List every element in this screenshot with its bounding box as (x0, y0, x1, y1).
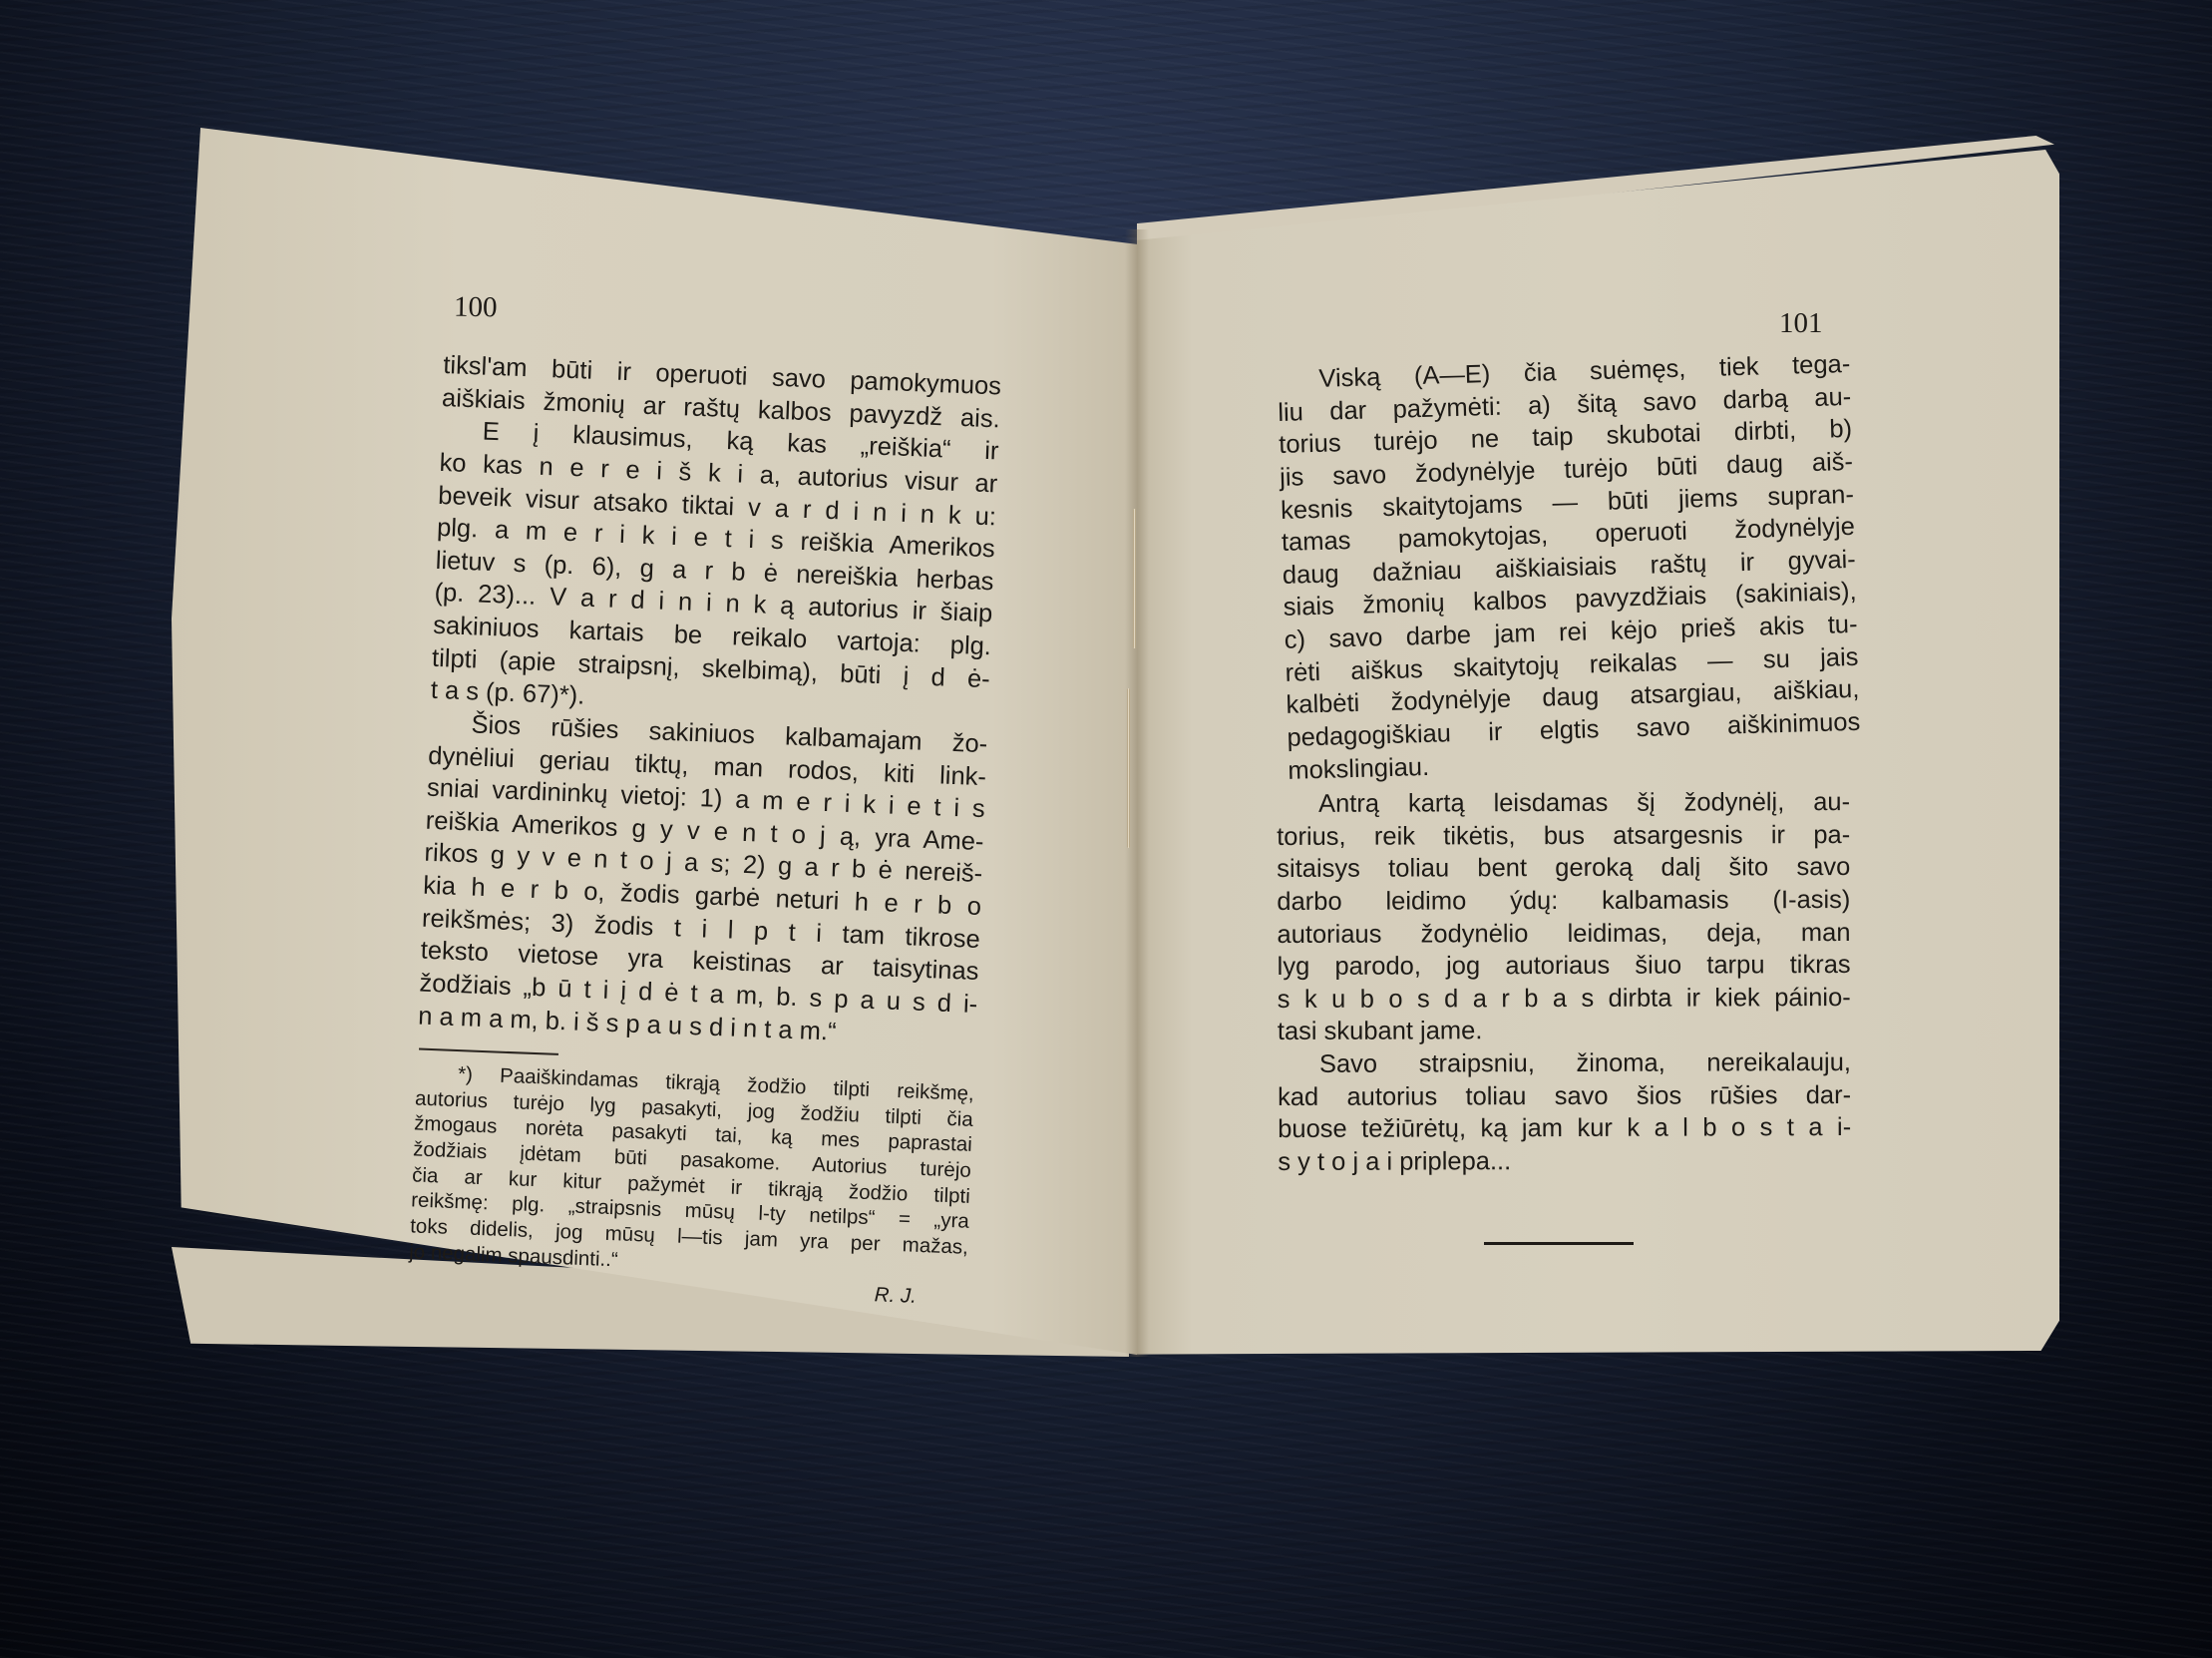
right-page-body-upper: Viską (A—E) čia suėmęs, tiek tega- liu d… (1277, 348, 1862, 787)
text-line: autoriaus žodynėlio leidimas, deja, man (1277, 916, 1850, 951)
page-number-left: 100 (454, 291, 498, 325)
text-line: s k u b o s d a r b a s dirbta ir kiek p… (1278, 982, 1851, 1017)
text-line: darbo leidimo ýdų: kalbamasis (I-asis) (1277, 884, 1850, 919)
footnote-separator (419, 1048, 558, 1055)
text-line: s y t o j a i priplepa... (1278, 1144, 1851, 1179)
left-page-body: tiksl'am būti ir operuoti savo pamokymuo… (408, 349, 1002, 1312)
text-line: kad autorius toliau savo šios rūšies dar… (1278, 1079, 1851, 1114)
section-end-rule (1484, 1242, 1634, 1245)
text-line: torius, reik tikėtis, bus atsargesnis ir… (1277, 819, 1850, 854)
right-page-body-lower: Antrą kartą leisdamas šį žodynėlį, au- t… (1277, 786, 1851, 1179)
text-line: sitaisys toliau bent geroką dalį šito sa… (1277, 851, 1850, 886)
footnote: *) Paaiškindamas tikrąją žodžio tilpti r… (408, 1060, 974, 1312)
text-line: lyg parodo, jog autoriaus šiuo tarpu tik… (1278, 949, 1851, 984)
text-line: Savo straipsniu, žinoma, nereikalauju, (1278, 1046, 1851, 1081)
binding-thread-lower (1127, 688, 1130, 848)
page-number-right: 101 (1779, 307, 1823, 340)
binding-thread-upper (1133, 509, 1136, 648)
text-line: buose težiūrėtų, ką jam kur k a l b o s … (1278, 1111, 1851, 1146)
text-line: Antrą kartą leisdamas šį žodynėlį, au- (1277, 786, 1850, 821)
open-book: 100 tiksl'am būti ir operuoti savo pamok… (0, 0, 2212, 1658)
text-line: tasi skubant jame. (1278, 1014, 1851, 1048)
